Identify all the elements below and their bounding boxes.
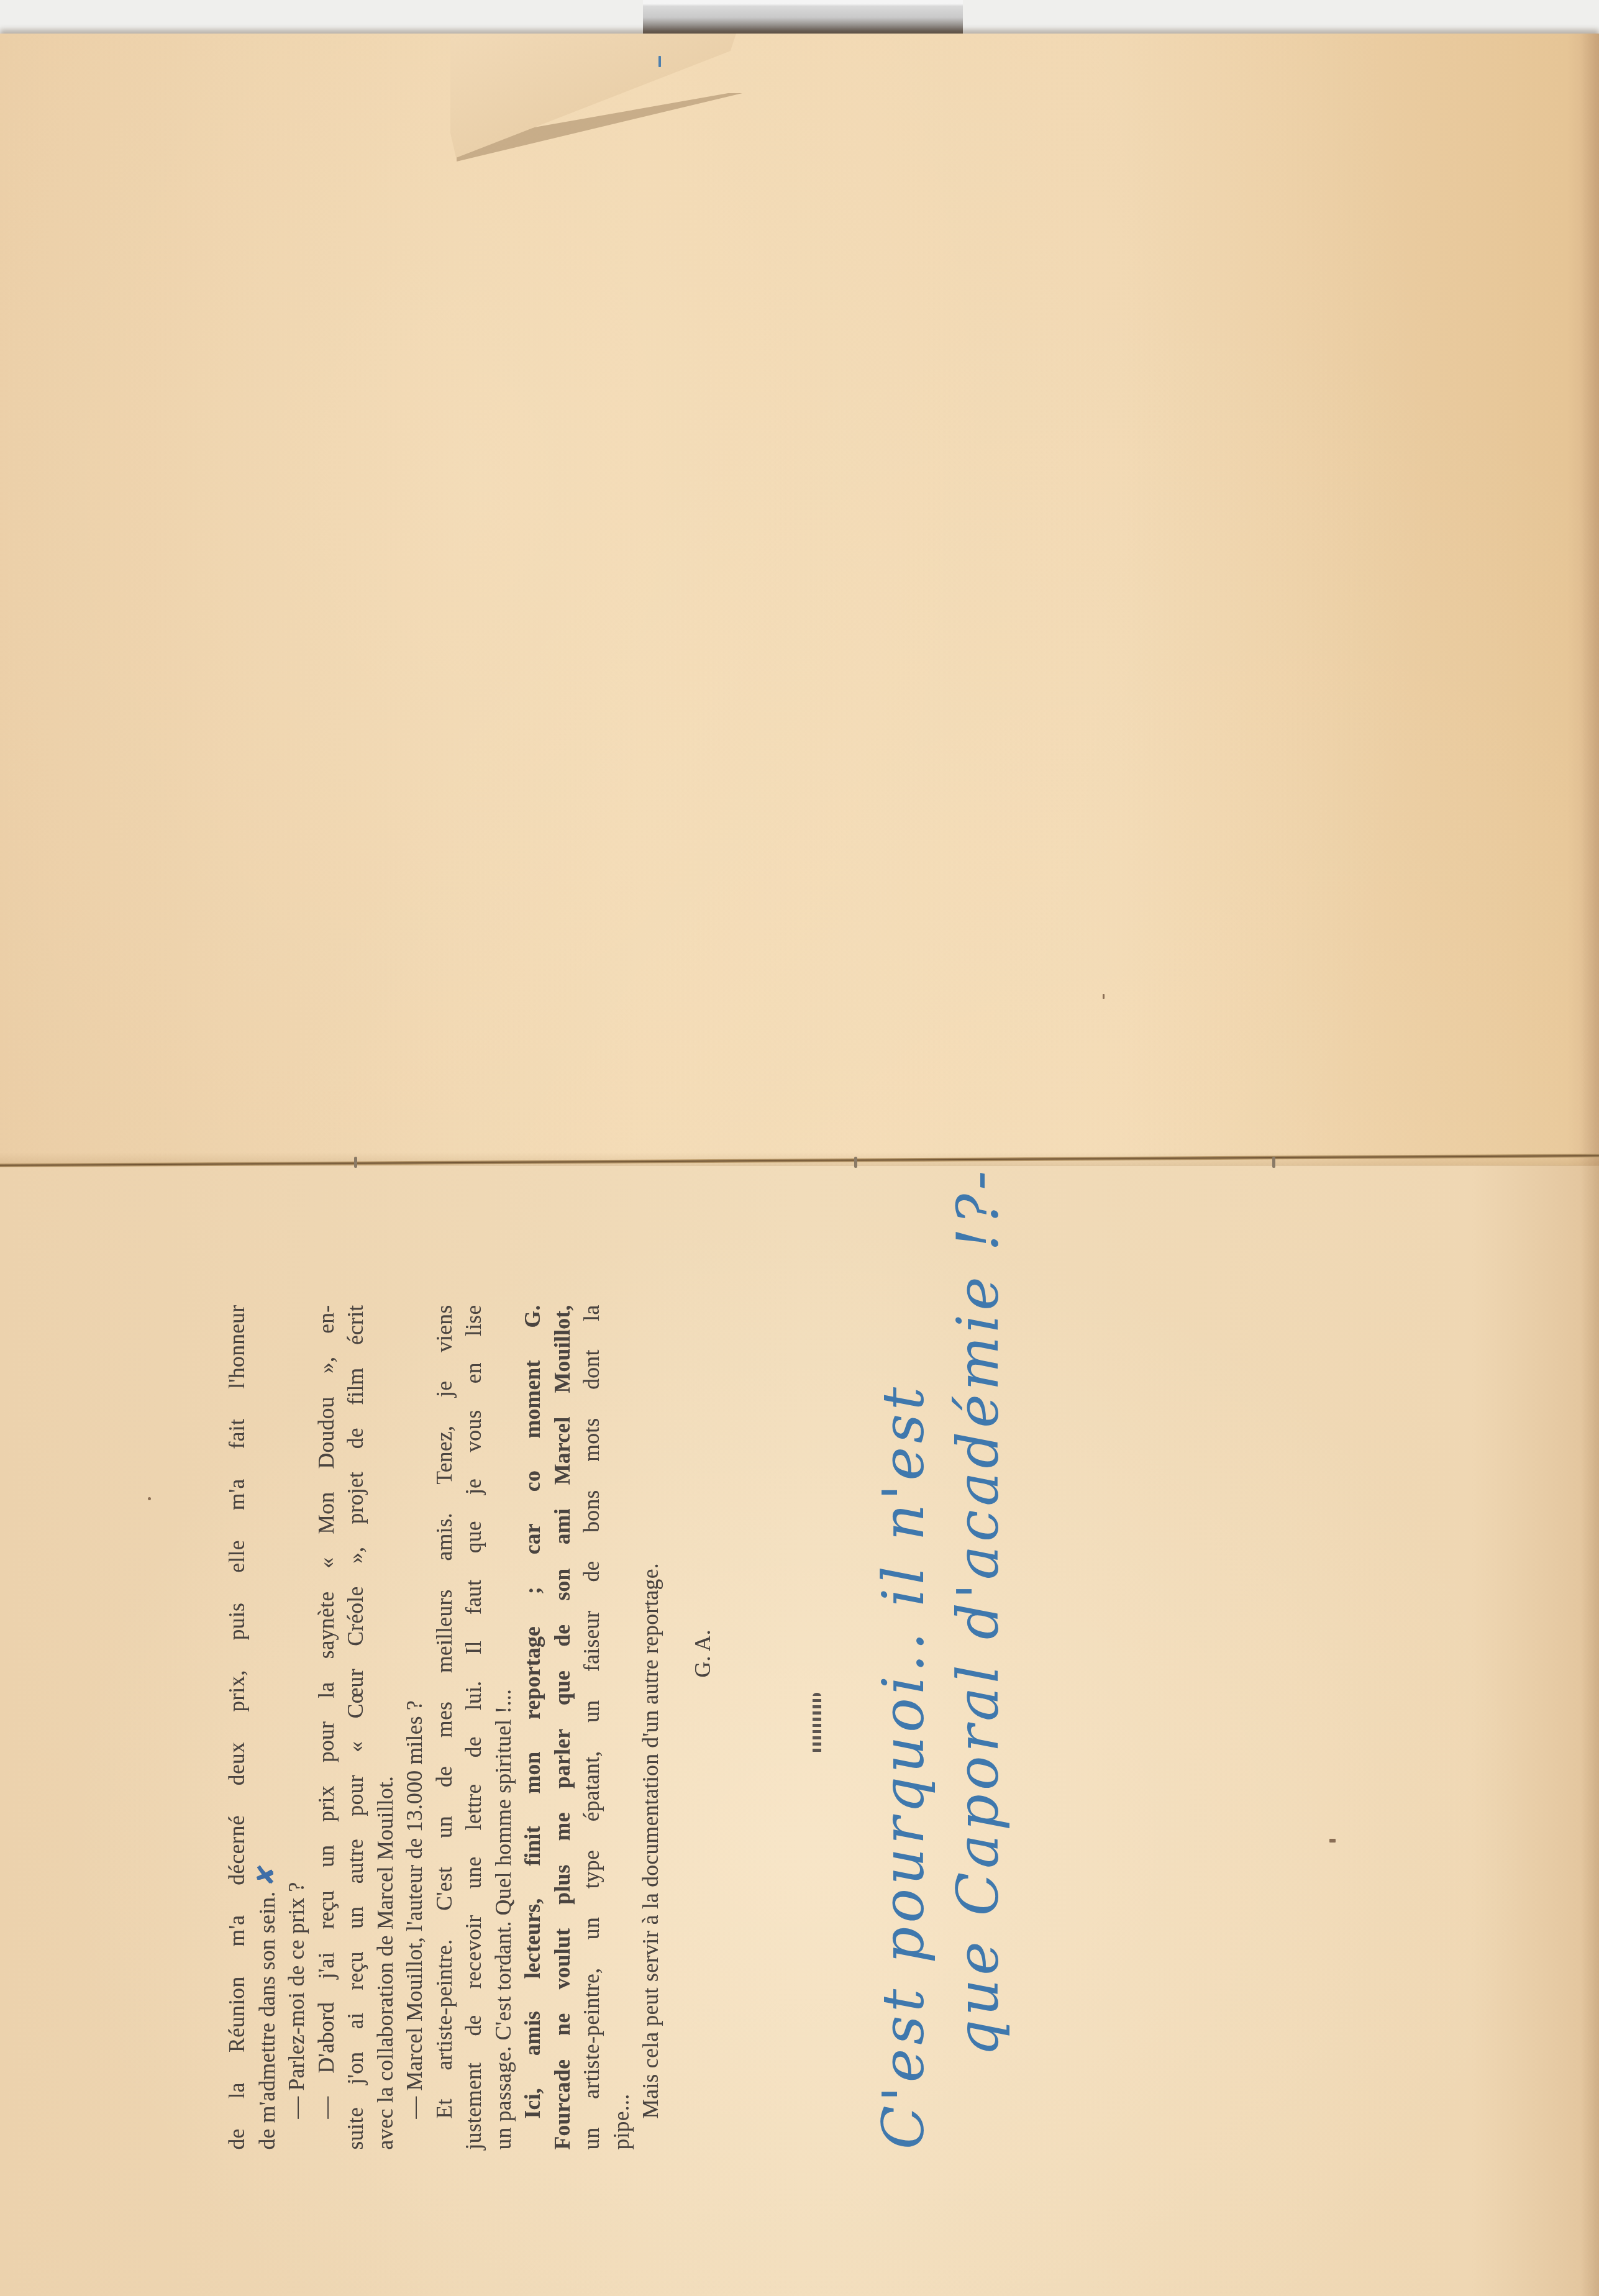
handwritten-line-2: que Caporal d'académie !?- xyxy=(941,1280,1016,2149)
article-line: Mais cela peut servir à la documentation… xyxy=(636,1305,666,2150)
ink-speck xyxy=(658,56,661,67)
article-line: de m'admettre dans son sein. ✘ xyxy=(252,1305,282,2150)
separator-ornament xyxy=(813,1693,821,1755)
article-line: — D'abord j'ai reçu un prix pour la sayn… xyxy=(311,1305,341,2150)
dirt-speck xyxy=(148,1497,151,1500)
article-line: Ici, amis lecteurs, finit mon reportage … xyxy=(518,1305,548,2150)
article-line: — Marcel Mouillot, l'auteur de 13.000 mi… xyxy=(400,1305,430,2150)
handwritten-line-1: C'est pourquoi.. il n'est xyxy=(867,1280,941,2149)
scanner-lid-shadow xyxy=(643,0,963,36)
article-signature: G. A. xyxy=(688,1305,717,2150)
article-text: de la Réunion m'a décerné deux prix, pui… xyxy=(222,1305,717,2150)
article-line: pipe... xyxy=(606,1305,636,2150)
article-line-text: de m'admettre dans son sein. xyxy=(254,1891,279,2149)
printed-article-column: de la Réunion m'a décerné deux prix, pui… xyxy=(222,1305,635,2150)
dirt-speck xyxy=(1329,1839,1336,1843)
staple-mark xyxy=(1272,1157,1275,1168)
article-line: un artiste-peintre, un type épatant, un … xyxy=(577,1305,607,2150)
staple-mark xyxy=(354,1157,357,1168)
handwritten-note: C'est pourquoi.. il n'est que Caporal d'… xyxy=(867,1280,1016,2149)
article-line: Et artiste-peintre. C'est un de mes meil… xyxy=(429,1305,459,2150)
article-line: Fourcade ne voulut plus me parler que de… xyxy=(547,1305,577,2150)
article-line: justement de recevoir une lettre de lui.… xyxy=(459,1305,489,2150)
article-line: — Parlez-moi de ce prix ? xyxy=(282,1305,312,2150)
article-line: suite j'on ai reçu un autre pour « Cœur … xyxy=(341,1305,371,2150)
staple-mark xyxy=(854,1157,857,1168)
blue-x-mark-icon: ✘ xyxy=(250,1862,283,1888)
article-line: avec la collaboration de Marcel Mouillot… xyxy=(370,1305,400,2150)
dirt-speck xyxy=(1103,994,1105,999)
article-line: de la Réunion m'a décerné deux prix, pui… xyxy=(222,1305,252,2150)
article-line: un passage. C'est tordant. Quel homme sp… xyxy=(488,1305,518,2150)
